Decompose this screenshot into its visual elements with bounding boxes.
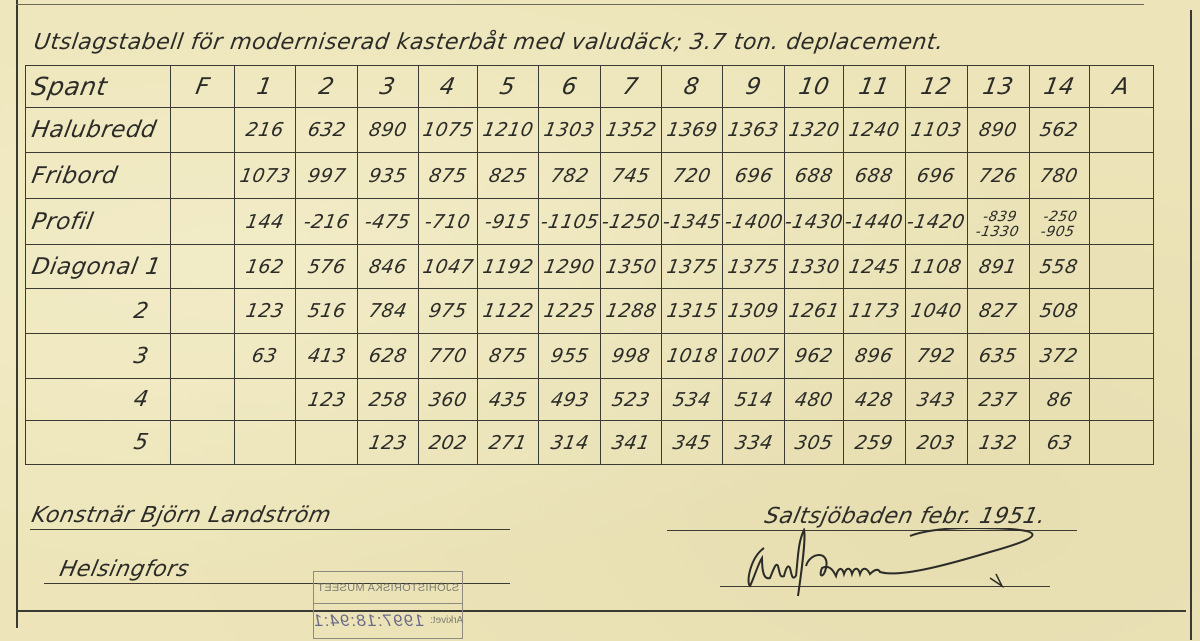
table-cell: 480 — [785, 379, 844, 421]
table-row: Profil144-216-475-710-915-1105-1250-1345… — [26, 199, 1154, 245]
table-cell: 962 — [785, 334, 844, 379]
table-cell: 846 — [358, 245, 419, 289]
table-cell: 562 — [1029, 108, 1089, 153]
table-cell: 1303 — [539, 108, 601, 153]
table-header-row: Spant F1234567891011121314A — [26, 66, 1154, 108]
table-row: 412325836043549352353451448042834323786 — [26, 379, 1154, 421]
table-cell: 360 — [419, 379, 478, 421]
row-label: 5 — [26, 421, 171, 465]
table-cell: 1369 — [662, 108, 723, 153]
table-cell: 696 — [905, 153, 967, 199]
table-cell: 1375 — [662, 245, 723, 289]
table-cell: 63 — [1029, 421, 1089, 465]
table-cell: -1250 — [601, 199, 662, 245]
column-header-5: 5 — [478, 66, 539, 108]
table-cell: 343 — [905, 379, 967, 421]
table-cell: 341 — [601, 421, 662, 465]
table-cell: 1075 — [419, 108, 478, 153]
table-cell: 345 — [662, 421, 723, 465]
table-cell: 1245 — [843, 245, 905, 289]
table-cell: 782 — [539, 153, 601, 199]
table-cell: 1315 — [662, 289, 723, 334]
table-cell — [1089, 334, 1153, 379]
table-cell: 123 — [235, 289, 296, 334]
column-header-1: 1 — [235, 66, 296, 108]
table-cell: 1210 — [478, 108, 539, 153]
paper-border-top — [16, 4, 1144, 5]
table-cell: 558 — [1029, 245, 1089, 289]
table-cell: 745 — [601, 153, 662, 199]
table-cell: 372 — [1029, 334, 1089, 379]
table-cell: 1240 — [843, 108, 905, 153]
table-cell: 334 — [723, 421, 785, 465]
table-cell: 770 — [419, 334, 478, 379]
table-cell: 1363 — [723, 108, 785, 153]
table-cell: 825 — [478, 153, 539, 199]
table-cell: 997 — [296, 153, 358, 199]
table-cell: 258 — [358, 379, 419, 421]
stacked-value: -839 — [977, 210, 1023, 225]
table-cell: 1103 — [905, 108, 967, 153]
table-cell: 635 — [967, 334, 1029, 379]
table-cell: 523 — [601, 379, 662, 421]
handwritten-signature — [740, 528, 1070, 598]
artist-name: Konstnär Björn Landström — [32, 503, 331, 528]
table-cell — [1089, 421, 1153, 465]
stamp-archive-row: Arkivet: 1997:18:94:1 — [314, 604, 462, 637]
row-label: Diagonal 1 — [26, 245, 171, 289]
column-header-14: 14 — [1029, 66, 1089, 108]
signature-line-name — [30, 529, 510, 530]
column-header-4: 4 — [419, 66, 478, 108]
table-cell — [171, 289, 235, 334]
table-cell: 628 — [358, 334, 419, 379]
table-cell: -216 — [296, 199, 358, 245]
table-cell: 514 — [723, 379, 785, 421]
table-cell: 955 — [539, 334, 601, 379]
table-cell: 1288 — [601, 289, 662, 334]
row-label: 4 — [26, 379, 171, 421]
stacked-values: -250-905 — [1040, 210, 1079, 240]
table-cell — [1089, 153, 1153, 199]
stacked-value: -905 — [1040, 225, 1076, 240]
table-cell: 975 — [419, 289, 478, 334]
table-cell — [235, 421, 296, 465]
table-cell: 259 — [843, 421, 905, 465]
table-cell: 784 — [358, 289, 419, 334]
table-cell: -1105 — [539, 199, 601, 245]
paper-border-right — [1190, 10, 1192, 640]
table-row: 2123516784975112212251288131513091261117… — [26, 289, 1154, 334]
table-cell: 216 — [235, 108, 296, 153]
table-cell: 827 — [967, 289, 1029, 334]
table-cell: 237 — [967, 379, 1029, 421]
table-cell: 720 — [662, 153, 723, 199]
row-label: 2 — [26, 289, 171, 334]
row-label: Profil — [26, 199, 171, 245]
table-cell: 896 — [843, 334, 905, 379]
table-cell: 1173 — [843, 289, 905, 334]
table-cell — [1089, 108, 1153, 153]
document-title: Utslagstabell för moderniserad kasterbåt… — [32, 30, 945, 55]
table-cell: 123 — [296, 379, 358, 421]
table-cell: 780 — [1029, 153, 1089, 199]
row-label: Fribord — [26, 153, 171, 199]
table-cell: 998 — [601, 334, 662, 379]
table-cell: 576 — [296, 245, 358, 289]
stacked-value: -250 — [1042, 210, 1078, 225]
table-row: 3634136287708759559981018100796289679263… — [26, 334, 1154, 379]
table-cell — [1089, 289, 1153, 334]
table-cell: 1073 — [235, 153, 296, 199]
column-header-10: 10 — [785, 66, 844, 108]
table-cell: 314 — [539, 421, 601, 465]
table-cell: 202 — [419, 421, 478, 465]
table-cell: 688 — [785, 153, 844, 199]
table-row: 512320227131434134533430525920313263 — [26, 421, 1154, 465]
stacked-values: -839-1330 — [974, 210, 1022, 240]
table-cell: 1309 — [723, 289, 785, 334]
table-cell: 1122 — [478, 289, 539, 334]
column-header-11: 11 — [843, 66, 905, 108]
column-header-13: 13 — [967, 66, 1029, 108]
column-header-f: F — [171, 66, 235, 108]
table-cell — [171, 379, 235, 421]
table-cell: 132 — [967, 421, 1029, 465]
table-cell: -1420 — [905, 199, 967, 245]
table-cell: -1345 — [662, 199, 723, 245]
table-cell: -839-1330 — [967, 199, 1029, 245]
table-cell: 508 — [1029, 289, 1089, 334]
table-cell — [171, 334, 235, 379]
paper-border-bottom — [16, 610, 1186, 612]
paper-border-left — [16, 0, 18, 628]
table-row: Fribord107399793587582578274572069668868… — [26, 153, 1154, 199]
table-cell: 534 — [662, 379, 723, 421]
artist-city: Helsingfors — [60, 557, 189, 582]
column-header-9: 9 — [723, 66, 785, 108]
table-cell: 688 — [843, 153, 905, 199]
table-cell: -475 — [358, 199, 419, 245]
table-cell: 516 — [296, 289, 358, 334]
table-cell: 1047 — [419, 245, 478, 289]
table-cell: 1225 — [539, 289, 601, 334]
table-cell: 632 — [296, 108, 358, 153]
column-header-2: 2 — [296, 66, 358, 108]
table-cell: 428 — [843, 379, 905, 421]
table-cell: 1330 — [785, 245, 844, 289]
stamp-archive-number: 1997:18:94:1 — [313, 611, 424, 631]
table-cell: 875 — [419, 153, 478, 199]
table-cell: 890 — [358, 108, 419, 153]
table-cell — [171, 421, 235, 465]
table-cell: 493 — [539, 379, 601, 421]
table-cell: 162 — [235, 245, 296, 289]
table-cell: 203 — [905, 421, 967, 465]
table-row: Diagonal 1162576846104711921290135013751… — [26, 245, 1154, 289]
table-cell: 413 — [296, 334, 358, 379]
table-cell: 935 — [358, 153, 419, 199]
stamp-museum-name: SJÖHISTORISKA MUSEET — [314, 572, 462, 604]
table-row: Halubredd2166328901075121013031352136913… — [26, 108, 1154, 153]
column-header-7: 7 — [601, 66, 662, 108]
column-header-a: A — [1089, 66, 1153, 108]
table-cell: 875 — [478, 334, 539, 379]
table-cell: 271 — [478, 421, 539, 465]
table-cell: -915 — [478, 199, 539, 245]
column-header-spant: Spant — [26, 66, 171, 108]
table-cell: 1290 — [539, 245, 601, 289]
table-cell: -710 — [419, 199, 478, 245]
table-cell: 435 — [478, 379, 539, 421]
table-cell — [171, 199, 235, 245]
table-cell: 305 — [785, 421, 844, 465]
column-header-12: 12 — [905, 66, 967, 108]
table-cell: 1108 — [905, 245, 967, 289]
table-cell — [1089, 379, 1153, 421]
table-cell: 1352 — [601, 108, 662, 153]
table-cell: -1430 — [785, 199, 844, 245]
table-cell: 1320 — [785, 108, 844, 153]
table-cell — [1089, 199, 1153, 245]
table-cell — [171, 153, 235, 199]
museum-archive-stamp: SJÖHISTORISKA MUSEET Arkivet: 1997:18:94… — [313, 571, 463, 639]
table-cell: 1350 — [601, 245, 662, 289]
table-cell: -250-905 — [1029, 199, 1089, 245]
stacked-value: -1330 — [974, 225, 1020, 240]
table-cell — [171, 245, 235, 289]
column-header-3: 3 — [358, 66, 419, 108]
offset-table: Spant F1234567891011121314A Halubredd216… — [25, 65, 1154, 465]
table-cell: 1261 — [785, 289, 844, 334]
table-cell: 891 — [967, 245, 1029, 289]
table-cell: -1400 — [723, 199, 785, 245]
table-cell — [1089, 245, 1153, 289]
table-cell: 1040 — [905, 289, 967, 334]
table-cell — [235, 379, 296, 421]
table-cell: 86 — [1029, 379, 1089, 421]
table-cell — [296, 421, 358, 465]
table-cell: -1440 — [843, 199, 905, 245]
table-cell: 63 — [235, 334, 296, 379]
table-cell: 1018 — [662, 334, 723, 379]
table-cell: 1007 — [723, 334, 785, 379]
table-cell: 792 — [905, 334, 967, 379]
table-cell: 123 — [358, 421, 419, 465]
table-cell: 144 — [235, 199, 296, 245]
row-label: Halubredd — [26, 108, 171, 153]
column-header-6: 6 — [539, 66, 601, 108]
row-label: 3 — [26, 334, 171, 379]
table-cell: 726 — [967, 153, 1029, 199]
place-and-date: Saltsjöbaden febr. 1951. — [765, 504, 1045, 529]
table-cell: 696 — [723, 153, 785, 199]
stamp-archive-label: Arkivet: — [430, 615, 463, 626]
table-cell: 890 — [967, 108, 1029, 153]
table-cell — [171, 108, 235, 153]
column-header-8: 8 — [662, 66, 723, 108]
table-cell: 1192 — [478, 245, 539, 289]
table-cell: 1375 — [723, 245, 785, 289]
